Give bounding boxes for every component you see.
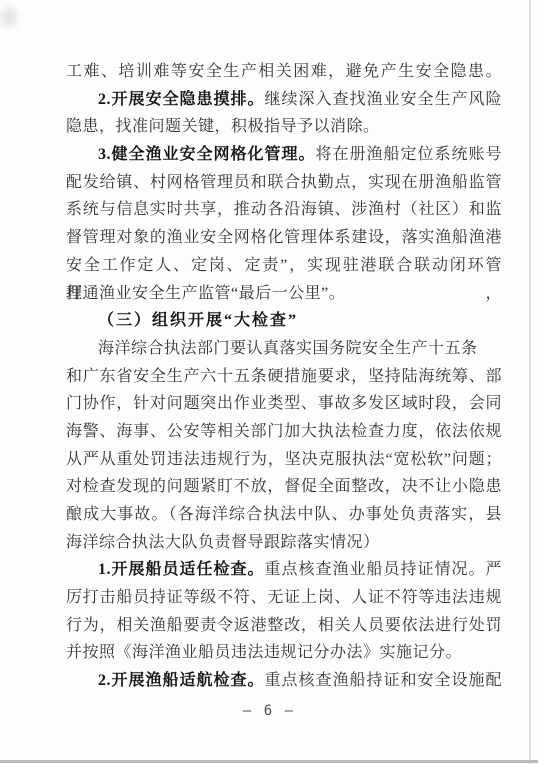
text-line: 对检查发现的问题紧盯不放，督促全面整改，决不让小隐患 [66, 473, 502, 501]
text-line: 和广东省安全生产六十五条硬措施要求，坚持陆海统筹、部 [66, 363, 502, 391]
text-run: 打通渔业安全生产监管“最后一公里”。 [66, 285, 345, 302]
text-run: 对检查发现的问题紧盯不放，督促全面整改，决不让小隐患 [66, 478, 502, 495]
text-line: 行为，相关渔船要责令返港整改，相关人员要依法进行处罚 [66, 612, 502, 640]
bold-run: （三）组织开展“大检查” [98, 312, 298, 329]
text-line: 1.开展船员适任检查。重点核查渔业船员持证情况。严 [66, 556, 502, 584]
text-run: 并按照《海洋渔业船员违法违规记分办法》实施记分。 [66, 644, 462, 661]
text-run: 配发给镇、村网格管理员和联合执勤点，实现在册渔船监管 [66, 174, 502, 191]
scan-corner-smudge [0, 2, 22, 32]
text-line: （三）组织开展“大检查” [66, 307, 502, 335]
text-line: 2.开展安全隐患摸排。继续深入查找渔业安全生产风险 [66, 86, 502, 114]
bold-run: 3.健全渔业安全网格化管理。 [98, 146, 315, 163]
scan-right-edge-line [529, 0, 531, 764]
text-line: 3.健全渔业安全网格化管理。将在册渔船定位系统账号 [66, 141, 502, 169]
text-line: 从严从重处罚违法违规行为，坚决克服执法“宽松软”问题； [66, 446, 502, 474]
text-run: 将在册渔船定位系统账号 [315, 146, 502, 163]
text-run: 和广东省安全生产六十五条硬措施要求，坚持陆海统筹、部 [66, 368, 502, 385]
text-run: 重点核查渔船持证和安全设施配 [265, 672, 502, 689]
text-run: 海洋综合执法大队负责督导跟踪落实情况） [66, 534, 380, 551]
text-line: 隐患，找准问题关键，积极指导予以消除。 [66, 113, 502, 141]
text-run: 行为，相关渔船要责令返港整改，相关人员要依法进行处罚 [66, 617, 502, 634]
text-line: 海洋综合执法大队负责督导跟踪落实情况） [66, 529, 502, 557]
text-line: 酿成大事故。（各海洋综合执法中队、办事处负责落实，县 [66, 501, 502, 529]
text-line: 系统与信息实时共享，推动各沿海镇、涉渔村（社区）和监 [66, 196, 502, 224]
page-number: — 6 — [0, 703, 538, 719]
text-line: 安全工作定人、定岗、定责”，实现驻港联合联动闭环管理， [66, 252, 502, 280]
text-run: 隐患，找准问题关键，积极指导予以消除。 [66, 118, 380, 135]
text-run: 督管理对象的渔业安全网格化管理体系建设，落实渔船渔港 [66, 229, 502, 246]
text-run: 海警、海事、公安等相关部门加大执法检查力度，依法依规 [66, 423, 502, 440]
text-line: 配发给镇、村网格管理员和联合执勤点，实现在册渔船监管 [66, 169, 502, 197]
bold-run: 2.开展渔船适航检查。 [98, 672, 265, 689]
text-run: 工难、培训难等安全生产相关困难，避免产生安全隐患。 [66, 63, 502, 80]
bold-run: 1.开展船员适任检查。 [98, 561, 265, 578]
text-run: 厉打击船员持证等级不符、无证上岗、人证不符等违法违规 [66, 589, 502, 606]
text-run: 从严从重处罚违法违规行为，坚决克服执法“宽松软”问题； [66, 451, 502, 468]
text-line: 2.开展渔船适航检查。重点核查渔船持证和安全设施配 [66, 667, 502, 695]
text-run: 酿成大事故。（各海洋综合执法中队、办事处负责落实，县 [66, 506, 502, 523]
text-run: 门协作，针对问题突出作业类型、事故多发区域时段，会同 [66, 395, 502, 412]
document-body: 工难、培训难等安全生产相关困难，避免产生安全隐患。2.开展安全隐患摸排。继续深入… [66, 58, 502, 695]
scan-bottom-edge-line [0, 760, 538, 763]
text-line: 门协作，针对问题突出作业类型、事故多发区域时段，会同 [66, 390, 502, 418]
text-line: 并按照《海洋渔业船员违法违规记分办法》实施记分。 [66, 639, 502, 667]
text-run: 海洋综合执法部门要认真落实国务院安全生产十五条 [98, 340, 478, 357]
text-line: 工难、培训难等安全生产相关困难，避免产生安全隐患。 [66, 58, 502, 86]
text-run: 重点核查渔业船员持证情况。严 [265, 561, 502, 578]
text-line: 督管理对象的渔业安全网格化管理体系建设，落实渔船渔港 [66, 224, 502, 252]
text-run: 系统与信息实时共享，推动各沿海镇、涉渔村（社区）和监 [66, 201, 502, 218]
bold-run: 2.开展安全隐患摸排。 [98, 91, 265, 108]
scanned-document-page: 工难、培训难等安全生产相关困难，避免产生安全隐患。2.开展安全隐患摸排。继续深入… [0, 0, 538, 764]
text-line: 海洋综合执法部门要认真落实国务院安全生产十五条 [66, 335, 502, 363]
text-run: 继续深入查找渔业安全生产风险 [265, 91, 502, 108]
text-line: 海警、海事、公安等相关部门加大执法检查力度，依法依规 [66, 418, 502, 446]
text-line: 厉打击船员持证等级不符、无证上岗、人证不符等违法违规 [66, 584, 502, 612]
